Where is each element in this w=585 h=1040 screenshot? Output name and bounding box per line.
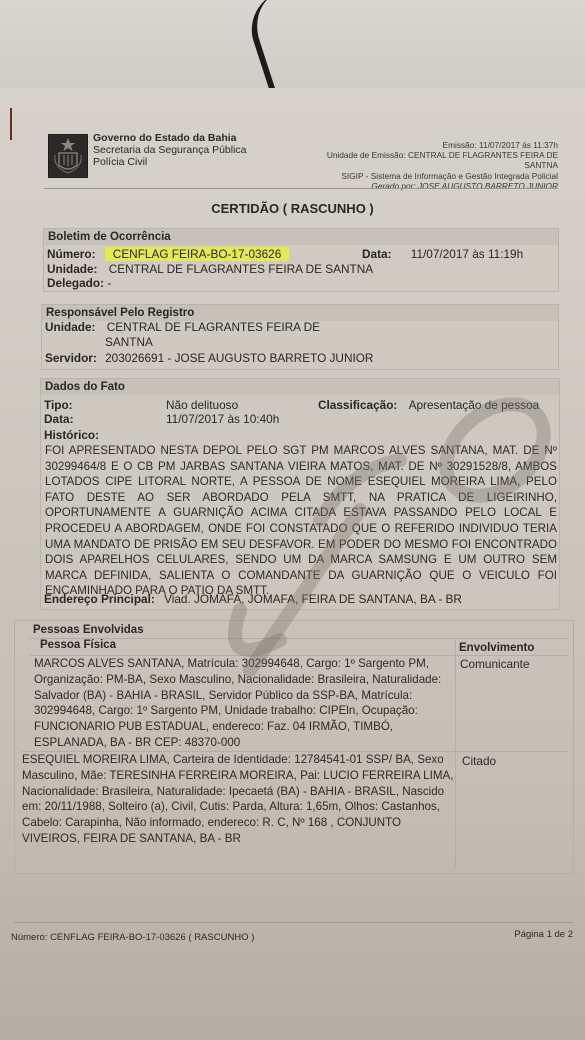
- classificacao-value: Apresentação de pessoa: [409, 398, 540, 412]
- responsavel-unidade-label: Unidade:: [45, 320, 95, 334]
- system-name: SIGIP - Sistema de Informação e Gestão I…: [258, 171, 558, 181]
- endereco-label: Endereço Principal:: [44, 592, 155, 606]
- delegado-value: -: [107, 276, 111, 290]
- col-pessoa-fisica: Pessoa Física: [40, 639, 116, 651]
- responsavel-unidade-cont: SANTNA: [105, 335, 153, 349]
- org-line-1: Governo do Estado da Bahia: [93, 132, 247, 144]
- person-1-description: MARCOS ALVES SANTANA, Matrícula: 3029946…: [34, 656, 454, 751]
- delegado-label: Delegado:: [47, 276, 104, 290]
- boletim-delegado-row: Delegado: -: [47, 276, 111, 290]
- tipo-value: Não delituoso: [166, 398, 238, 412]
- endereco-row: Endereço Principal: Viad. JOMAFA, JOMAFA…: [44, 592, 462, 606]
- bahia-coat-of-arms-icon: [48, 134, 88, 178]
- fato-data-label: Data:: [44, 412, 74, 426]
- emission-unit: Unidade de Emissão: CENTRAL DE FLAGRANTE…: [258, 150, 558, 160]
- footer-divider: [14, 922, 574, 923]
- person-2-description: ESEQUIEL MOREIRA LIMA, Carteira de Ident…: [22, 752, 454, 847]
- data-label: Data:: [362, 247, 392, 261]
- boletim-heading: Boletim de Ocorrência: [44, 229, 558, 245]
- data-value: 11/07/2017 às 11:19h: [411, 247, 523, 261]
- unidade-value: CENTRAL DE FLAGRANTES FEIRA DE SANTNA: [109, 262, 373, 276]
- emission-date: Emissão: 11/07/2017 às 11:37h: [258, 140, 558, 150]
- header-divider: [44, 188, 558, 189]
- col-envolvimento: Envolvimento: [459, 642, 534, 654]
- org-line-3: Polícia Civil: [93, 156, 247, 168]
- servidor-label: Servidor:: [45, 351, 97, 365]
- numero-label: Número:: [47, 247, 96, 261]
- generated-by: Gerado por: JOSE AUGUSTO BARRETO JUNIOR: [258, 181, 558, 191]
- historico-label: Histórico:: [44, 428, 99, 442]
- document-title: CERTIDÃO ( RASCUNHO ): [0, 201, 585, 216]
- footer-numero: Número: CENFLAG FEIRA-BO-17-03626 ( RASC…: [11, 932, 254, 943]
- boletim-unidade-row: Unidade: CENTRAL DE FLAGRANTES FEIRA DE …: [47, 262, 373, 276]
- emission-info: Emissão: 11/07/2017 às 11:37h Unidade de…: [258, 140, 558, 191]
- numero-value: CENFLAG FEIRA-BO-17-03626: [105, 247, 290, 261]
- unidade-label: Unidade:: [47, 262, 97, 276]
- endereco-value: Viad. JOMAFA, JOMAFA, FEIRA DE SANTANA, …: [164, 592, 462, 606]
- emission-unit-cont: SANTNA: [258, 160, 558, 170]
- fato-heading: Dados do Fato: [41, 379, 559, 395]
- boletim-numero-row: Número: CENFLAG FEIRA-BO-17-03626: [47, 247, 289, 261]
- responsavel-unidade-value: CENTRAL DE FLAGRANTES FEIRA DE: [107, 320, 320, 334]
- fato-data-value: 11/07/2017 às 10:40h: [166, 412, 279, 426]
- tipo-label: Tipo:: [44, 398, 73, 412]
- organization-name: Governo do Estado da Bahia Secretaria da…: [93, 132, 247, 168]
- servidor-value: 203026691 - JOSE AUGUSTO BARRETO JUNIOR: [105, 351, 373, 365]
- column-divider: [455, 638, 456, 868]
- boletim-data-row: Data: 11/07/2017 às 11:19h: [362, 247, 523, 261]
- historico-text: FOI APRESENTADO NESTA DEPOL PELO SGT PM …: [45, 443, 557, 599]
- person-2-envolvimento: Citado: [462, 754, 496, 768]
- org-line-2: Secretaria da Segurança Pública: [93, 144, 247, 156]
- classificacao-label: Classificação:: [318, 398, 397, 412]
- classificacao-row: Classificação: Apresentação de pessoa: [318, 398, 539, 412]
- document-header: Governo do Estado da Bahia Secretaria da…: [46, 132, 558, 182]
- responsavel-servidor-row: Servidor: 203026691 - JOSE AUGUSTO BARRE…: [45, 351, 373, 365]
- page-number: Página 1 de 2: [514, 929, 573, 940]
- page-edge-mark: [10, 108, 12, 140]
- responsavel-heading: Responsável Pelo Registro: [42, 305, 558, 321]
- responsavel-unidade-row: Unidade: CENTRAL DE FLAGRANTES FEIRA DE: [45, 320, 320, 334]
- pessoas-heading: Pessoas Envolvidas: [15, 621, 573, 639]
- person-1-envolvimento: Comunicante: [460, 657, 530, 671]
